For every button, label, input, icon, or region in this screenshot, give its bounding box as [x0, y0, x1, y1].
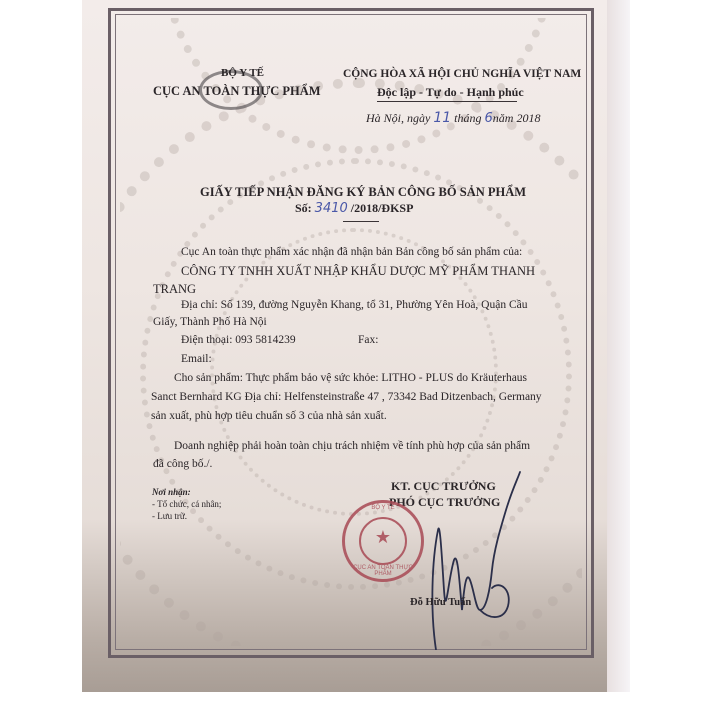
issue-date: Hà Nội, ngày 11 tháng 6năm 2018	[366, 110, 540, 126]
company-name-line2: TRANG	[153, 282, 196, 297]
responsibility-line1: Doanh nghiệp phải hoàn toàn chịu trách n…	[174, 440, 530, 452]
company-address-line2: Giấy, Thành Phố Hà Nội	[153, 316, 267, 328]
company-email: Email:	[181, 353, 212, 365]
company-phone: Điện thoại: 093 5814239	[181, 334, 296, 346]
signer-name: Đỗ Hữu Tuấn	[410, 597, 471, 608]
company-address-line1: Địa chỉ: Số 139, đường Nguyễn Khang, tổ …	[181, 299, 527, 311]
date-day: 11	[433, 110, 451, 126]
number-label: Số:	[295, 201, 312, 215]
document-number: Số: 3410 /2018/ĐKSP	[295, 201, 413, 216]
product-line2: Sanct Bernhard KG Địa chỉ: Helfensteinst…	[151, 391, 542, 403]
handwritten-signature	[400, 470, 540, 650]
date-prefix: Hà Nội, ngày	[366, 111, 430, 125]
agency-name: CỤC AN TOÀN THỰC PHẨM	[153, 84, 321, 99]
company-name-line1: CÔNG TY TNHH XUẤT NHẬP KHẨU DƯỢC MỸ PHẨM…	[181, 264, 535, 279]
star-icon: ★	[361, 527, 405, 548]
title-underline	[343, 221, 379, 222]
number-value: 3410	[315, 201, 348, 216]
registration-certificate: BỘ Y TẾ CỤC AN TOÀN THỰC PHẨM CỘNG HÒA X…	[0, 0, 720, 720]
date-year: năm 2018	[493, 111, 541, 125]
product-line1: Cho sản phẩm: Thực phẩm bảo vệ sức khỏe:…	[174, 372, 527, 384]
recipients-label: Nơi nhận:	[152, 487, 191, 497]
recipient-item: - Tổ chức, cá nhân;	[152, 499, 221, 509]
responsibility-line2: đã công bố./.	[153, 458, 212, 470]
date-month-label: tháng	[454, 111, 481, 125]
recipient-item: - Lưu trữ.	[152, 511, 187, 521]
date-month: 6	[485, 111, 493, 126]
company-fax: Fax:	[358, 334, 378, 346]
national-motto: Độc lập - Tự do - Hạnh phúc	[377, 85, 524, 100]
document-title: GIẤY TIẾP NHẬN ĐĂNG KÝ BẢN CÔNG BỐ SẢN P…	[200, 185, 526, 200]
country-name: CỘNG HÒA XÃ HỘI CHỦ NGHĨA VIỆT NAM	[343, 68, 581, 80]
number-suffix: /2018/ĐKSP	[351, 201, 414, 215]
product-line3: sản xuất, phù hợp tiêu chuẩn số 3 của nh…	[151, 410, 387, 422]
motto-underline	[377, 101, 517, 102]
ministry-name: BỘ Y TẾ	[221, 67, 264, 79]
intro-text: Cục An toàn thực phẩm xác nhận đã nhận b…	[181, 246, 522, 258]
